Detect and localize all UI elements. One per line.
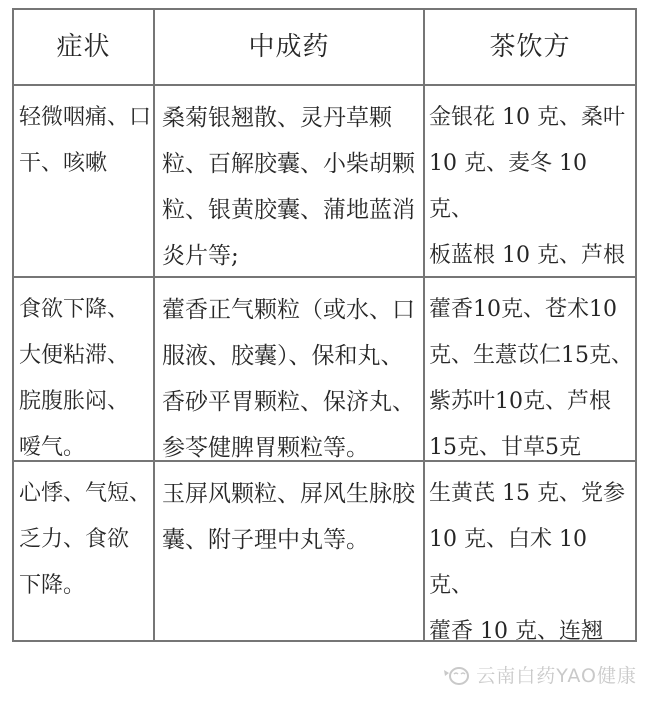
header-symptom-label: 症状 [56, 26, 110, 63]
watermark-label: 云南白药YAO健康 [476, 661, 637, 688]
header-symptom: 症状 [14, 10, 155, 86]
tea-cell-row1: 金银花 10 克、桑叶 10 克、麦冬 10 克、 板蓝根 10 克、芦根 15… [425, 86, 635, 278]
symptom-cell-row1: 轻微咽痛、口 干、咳嗽 [14, 86, 155, 278]
header-medicine: 中成药 [155, 10, 425, 86]
header-tea: 茶饮方 [425, 10, 635, 86]
header-tea-label: 茶饮方 [489, 26, 570, 63]
medicine-cell-row2: 藿香正气颗粒（或水、口 服液、胶囊）、保和丸、 香砂平胃颗粒、保济丸、 参苓健脾… [155, 278, 425, 462]
tea-cell-row2: 藿香10克、苍术10 克、生薏苡仁15克、 紫苏叶10克、芦根 15克、甘草5克 [425, 278, 635, 462]
medicine-cell-row3: 玉屏风颗粒、屏风生脉胶 囊、附子理中丸等。 [155, 462, 425, 640]
symptom-cell-row3: 心悸、气短、 乏力、食欲 下降。 [14, 462, 155, 640]
watermark: 云南白药YAO健康 [441, 661, 637, 688]
header-medicine-label: 中成药 [248, 26, 329, 63]
tea-cell-row3: 生黄芪 15 克、党参 10 克、白术 10 克、 藿香 10 克、连翘 10 … [425, 462, 635, 640]
yunnan-baiyao-logo-icon [441, 664, 471, 686]
symptom-medicine-table: 症状 中成药 茶饮方 轻微咽痛、口 干、咳嗽 桑菊银翘散、灵丹草颗 粒、百解胶囊… [12, 8, 637, 642]
symptom-cell-row2: 食欲下降、 大便粘滞、 脘腹胀闷、 嗳气。 [14, 278, 155, 462]
medicine-cell-row1: 桑菊银翘散、灵丹草颗 粒、百解胶囊、小柴胡颗 粒、银黄胶囊、蒲地蓝消 炎片等; [155, 86, 425, 278]
